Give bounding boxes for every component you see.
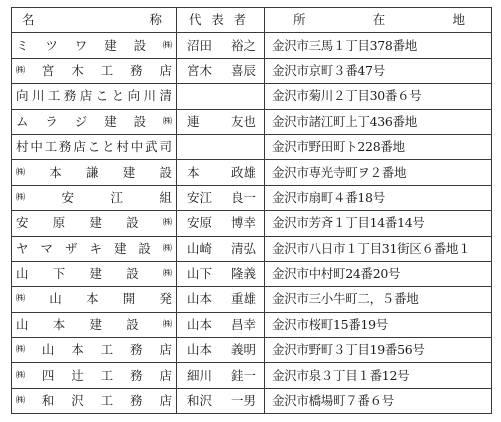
company-name-char: 組 [159, 186, 172, 210]
company-name-char: 務 [130, 389, 143, 413]
company-name-char: 務 [130, 364, 143, 388]
representative-given-name: 隆義 [231, 262, 256, 286]
header-address: 所 在 地 [265, 8, 492, 33]
company-name-char: 謙 [86, 161, 99, 185]
representative-cell: 山下隆義 [177, 261, 265, 286]
company-name-char: 設 [138, 237, 151, 261]
company-name-char: 山 [16, 313, 29, 337]
representative-cell: 宮木喜辰 [177, 58, 265, 83]
company-name-char: 木 [71, 59, 84, 83]
company-name-char: 建 [89, 211, 102, 235]
representative-surname: 和沢 [187, 389, 212, 413]
company-name-char: ㈱ [16, 161, 25, 185]
company-registry-table: 名 称 代 表 者 所 在 地 ミツワ建設㈱沼田裕之金沢市三馬１丁目378番地㈱ [11, 7, 492, 414]
representative-given-name: 重雄 [231, 287, 256, 311]
company-name-char: ツ [45, 34, 58, 58]
company-name-cell: 安原建設㈱ [12, 211, 177, 236]
company-name-cell: ムラジ建設㈱ [12, 109, 177, 134]
company-name-char: 工 [101, 59, 114, 83]
table-row: 山本建設㈱山本昌幸金沢市桜町15番19号 [12, 312, 492, 337]
representative-cell: 連友也 [177, 109, 265, 134]
header-representative: 代 表 者 [177, 8, 265, 33]
company-name-char: ㈱ [16, 287, 25, 311]
company-name-char: マ [40, 237, 53, 261]
company-name-char: 建 [104, 34, 117, 58]
company-name-char: 本 [53, 313, 66, 337]
company-name-char: 川 [32, 84, 45, 108]
company-name-char: 工 [101, 389, 114, 413]
representative-given-name: 友也 [231, 110, 256, 134]
company-name-char: ㈱ [163, 237, 172, 261]
representative-cell: 山崎清弘 [177, 236, 265, 261]
company-name-cell: ミツワ建設㈱ [12, 33, 177, 58]
company-name-char: 司 [159, 135, 172, 159]
company-name-char: ム [16, 110, 29, 134]
company-name-char: 向 [16, 84, 29, 108]
company-name-char: 川 [144, 84, 157, 108]
representative-surname: 安原 [187, 211, 212, 235]
table-row: ㈱山本開発山本重雄金沢市三小牛町二，５番地 [12, 287, 492, 312]
company-name-cell: ヤマザキ建設㈱ [12, 236, 177, 261]
company-name-char: 務 [130, 59, 143, 83]
company-name-char: 建 [89, 262, 102, 286]
company-name-char: ㈱ [163, 34, 172, 58]
header-name: 名 称 [12, 8, 177, 33]
header-char: 表 [211, 8, 224, 32]
company-name-char: 村 [116, 135, 129, 159]
company-name-char: 開 [123, 287, 136, 311]
address-cell: 金沢市野田町ト228番地 [265, 134, 492, 159]
company-name-char: ㈱ [16, 338, 25, 362]
header-char: 代 [189, 8, 202, 32]
company-name-char: 設 [159, 161, 172, 185]
company-name-char: ㈱ [163, 110, 172, 134]
company-name-char: 本 [49, 161, 62, 185]
company-name-char: ラ [45, 110, 58, 134]
company-name-char: 設 [126, 262, 139, 286]
representative-surname: 沼田 [187, 34, 212, 58]
company-name-char: こ [88, 135, 101, 159]
company-name-char: キ [89, 237, 102, 261]
company-name-char: 務 [64, 84, 77, 108]
company-name-char: 清 [159, 84, 172, 108]
company-name-char: 村 [16, 135, 29, 159]
representative-cell: 安原博幸 [177, 211, 265, 236]
representative-given-name: 銈一 [231, 364, 256, 388]
representative-surname: 細川 [187, 364, 212, 388]
company-name-char: 建 [123, 161, 136, 185]
address-cell: 金沢市桜町15番19号 [265, 312, 492, 337]
representative-cell: 沼田裕之 [177, 33, 265, 58]
company-name-cell: ㈱山本工務店 [12, 338, 177, 363]
company-name-char: ㈱ [16, 364, 25, 388]
header-char: 在 [373, 8, 386, 32]
company-name-char: 中 [30, 135, 43, 159]
header-row: 名 称 代 表 者 所 在 地 [12, 8, 492, 33]
company-name-cell: ㈱安江組 [12, 185, 177, 210]
header-char: 称 [149, 8, 162, 32]
representative-given-name: 清弘 [231, 237, 256, 261]
company-name-char: 江 [110, 186, 123, 210]
company-name-char: 店 [73, 135, 86, 159]
company-name-char: と [102, 135, 115, 159]
company-name-char: 工 [48, 84, 61, 108]
table-row: ㈱宮木工務店宮木喜辰金沢市京町３番47号 [12, 58, 492, 83]
company-name-char: 店 [159, 59, 172, 83]
table-row: ㈱四辻工務店細川銈一金沢市泉３丁目１番12号 [12, 363, 492, 388]
company-name-char: 宮 [42, 59, 55, 83]
representative-cell: 山本昌幸 [177, 312, 265, 337]
company-name-char: 務 [130, 338, 143, 362]
company-name-char: ワ [75, 34, 88, 58]
representative-surname: 山本 [187, 313, 212, 337]
company-name-char: 安 [16, 211, 29, 235]
address-cell: 金沢市中村町24番20号 [265, 261, 492, 286]
company-name-cell: ㈱本謙建設 [12, 160, 177, 185]
company-name-char: 下 [53, 262, 66, 286]
table-row: ムラジ建設㈱連友也金沢市諸江町上丁436番地 [12, 109, 492, 134]
table-row: ミツワ建設㈱沼田裕之金沢市三馬１丁目378番地 [12, 33, 492, 58]
representative-surname: 山本 [187, 338, 212, 362]
company-name-char: ミ [16, 34, 29, 58]
company-name-char: 建 [89, 313, 102, 337]
company-name-cell: 山下建設㈱ [12, 261, 177, 286]
company-name-cell: ㈱和沢工務店 [12, 388, 177, 413]
table-row: ヤマザキ建設㈱山崎清弘金沢市八日市１丁目31街区６番地１ [12, 236, 492, 261]
address-cell: 金沢市専光寺町ヲ２番地 [265, 160, 492, 185]
table-row: 山下建設㈱山下隆義金沢市中村町24番20号 [12, 261, 492, 286]
representative-cell: 安江良一 [177, 185, 265, 210]
company-name-char: 武 [145, 135, 158, 159]
company-name-char: 店 [159, 364, 172, 388]
company-name-char: 辻 [71, 364, 84, 388]
table-row: 村中工務店こと村中武司金沢市野田町ト228番地 [12, 134, 492, 159]
representative-cell: 山本重雄 [177, 287, 265, 312]
company-name-char: 中 [131, 135, 144, 159]
company-name-char: ㈱ [16, 389, 25, 413]
address-cell: 金沢市泉３丁目１番12号 [265, 363, 492, 388]
representative-given-name: 昌幸 [231, 313, 256, 337]
table-row: 安原建設㈱安原博幸金沢市芳斉１丁目14番14号 [12, 211, 492, 236]
company-name-char: ㈱ [163, 313, 172, 337]
company-name-char: と [112, 84, 125, 108]
representative-surname: 山下 [187, 262, 212, 286]
company-name-char: 向 [128, 84, 141, 108]
company-name-char: 工 [101, 338, 114, 362]
company-name-char: 発 [159, 287, 172, 311]
company-name-char: ジ [75, 110, 88, 134]
address-cell: 金沢市三馬１丁目378番地 [265, 33, 492, 58]
address-cell: 金沢市野町３丁目19番56号 [265, 338, 492, 363]
representative-cell: 本政雄 [177, 160, 265, 185]
company-name-char: 山 [16, 262, 29, 286]
company-name-char: 安 [61, 186, 74, 210]
representative-given-name: 義明 [231, 338, 256, 362]
company-name-char: 設 [126, 211, 139, 235]
table-row: ㈱山本工務店山本義明金沢市野町３丁目19番56号 [12, 338, 492, 363]
table-row: ㈱和沢工務店和沢一男金沢市橋場町７番６号 [12, 388, 492, 413]
company-name-char: 四 [42, 364, 55, 388]
company-name-char: 務 [59, 135, 72, 159]
address-cell: 金沢市扇町４番18号 [265, 185, 492, 210]
address-cell: 金沢市八日市１丁目31街区６番地１ [265, 236, 492, 261]
representative-surname: 山本 [187, 287, 212, 311]
representative-cell: 山本義明 [177, 338, 265, 363]
company-name-char: 和 [42, 389, 55, 413]
company-name-char: 原 [53, 211, 66, 235]
company-name-char: ヤ [16, 237, 29, 261]
company-name-char: 設 [126, 313, 139, 337]
company-name-char: ザ [65, 237, 78, 261]
representative-cell: 和沢一男 [177, 388, 265, 413]
company-name-char: 店 [159, 338, 172, 362]
company-name-char: 設 [134, 34, 147, 58]
company-name-char: ㈱ [163, 262, 172, 286]
address-cell: 金沢市橋場町７番６号 [265, 388, 492, 413]
representative-given-name: 一男 [231, 389, 256, 413]
company-name-char: 工 [101, 364, 114, 388]
company-name-char: 店 [159, 389, 172, 413]
representative-given-name: 政雄 [231, 161, 256, 185]
company-name-char: 建 [104, 110, 117, 134]
company-name-char: 山 [49, 287, 62, 311]
table-row: 向川工務店こと向川清金沢市菊川２丁目30番６号 [12, 84, 492, 109]
header-char: 者 [233, 8, 246, 32]
company-name-cell: ㈱四辻工務店 [12, 363, 177, 388]
representative-surname: 宮木 [187, 59, 212, 83]
representative-surname: 山崎 [187, 237, 212, 261]
representative-given-name: 喜辰 [231, 59, 256, 83]
table-body: ミツワ建設㈱沼田裕之金沢市三馬１丁目378番地㈱宮木工務店宮木喜辰金沢市京町３番… [12, 33, 492, 414]
company-name-char: 設 [134, 110, 147, 134]
company-name-cell: ㈱山本開発 [12, 287, 177, 312]
representative-given-name: 裕之 [231, 34, 256, 58]
company-name-char: ㈱ [16, 186, 25, 210]
representative-surname: 本 [187, 161, 200, 185]
header-char: 地 [452, 8, 465, 32]
company-name-char: 工 [45, 135, 58, 159]
company-name-char: こ [96, 84, 109, 108]
representative-given-name: 博幸 [231, 211, 256, 235]
representative-surname: 安江 [187, 186, 212, 210]
company-name-char: ㈱ [163, 211, 172, 235]
representative-cell [177, 84, 265, 109]
company-name-char: 店 [80, 84, 93, 108]
table-row: ㈱安江組安江良一金沢市扇町４番18号 [12, 185, 492, 210]
company-name-char: 本 [86, 287, 99, 311]
address-cell: 金沢市菊川２丁目30番６号 [265, 84, 492, 109]
header-char: 所 [293, 8, 306, 32]
company-name-char: 建 [114, 237, 127, 261]
company-name-char: ㈱ [16, 59, 25, 83]
company-name-char: 山 [42, 338, 55, 362]
header-char: 名 [22, 8, 35, 32]
address-cell: 金沢市芳斉１丁目14番14号 [265, 211, 492, 236]
company-name-cell: 山本建設㈱ [12, 312, 177, 337]
representative-given-name: 良一 [231, 186, 256, 210]
company-name-cell: 向川工務店こと向川清 [12, 84, 177, 109]
address-cell: 金沢市三小牛町二，５番地 [265, 287, 492, 312]
company-name-cell: ㈱宮木工務店 [12, 58, 177, 83]
representative-cell [177, 134, 265, 159]
table-row: ㈱本謙建設本政雄金沢市専光寺町ヲ２番地 [12, 160, 492, 185]
address-cell: 金沢市京町３番47号 [265, 58, 492, 83]
representative-surname: 連 [187, 110, 200, 134]
representative-cell: 細川銈一 [177, 363, 265, 388]
company-name-char: 本 [71, 338, 84, 362]
address-cell: 金沢市諸江町上丁436番地 [265, 109, 492, 134]
company-name-cell: 村中工務店こと村中武司 [12, 134, 177, 159]
company-name-char: 沢 [71, 389, 84, 413]
